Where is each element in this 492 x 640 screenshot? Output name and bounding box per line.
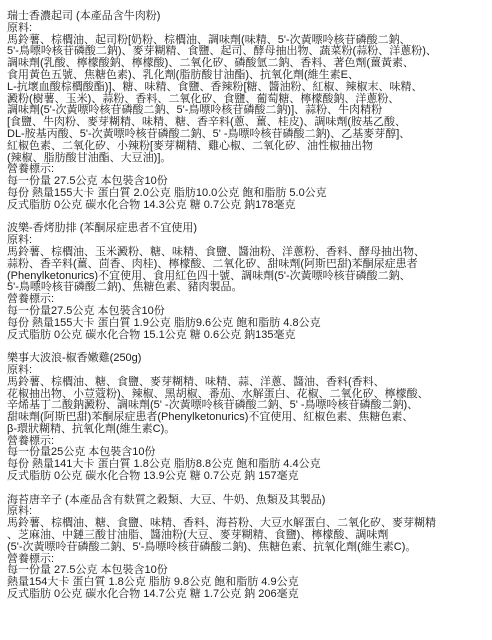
product-title: 波樂-香烤肋排 (苯酮尿症患者不宜使用) bbox=[7, 223, 488, 235]
nutrition-line: 反式脂肪 0公克 碳水化合物 13.9公克 糖 0.7公克 鈉 157毫克 bbox=[7, 471, 488, 483]
product-section-seaweed-togarashi: 海苔唐辛子 (本產品含有麩質之穀類、大豆、牛奶、魚類及其製品) 原料: 馬鈴薯、… bbox=[7, 495, 488, 601]
nutrition-line: 每份 熱量155大卡 蛋白質 1.9公克 脂肪9.6公克 飽和脂肪 4.8公克 bbox=[7, 318, 488, 330]
ingredients-line: DL-胺基丙酸、5'-次黃嘌呤核苷磷酸二鈉、5' -鳥嘌呤核苷磷酸二鈉)、乙基麥… bbox=[7, 129, 488, 141]
product-title: 瑞士香濃起司 (本產品含牛肉粉) bbox=[7, 11, 488, 23]
nutrition-line: 每一份量27.5公克 本包裝含10份 bbox=[7, 306, 488, 318]
nutrition-line: 反式脂肪 0公克 碳水化合物 14.7公克 糖 1.7公克 鈉 206毫克 bbox=[7, 589, 488, 601]
product-title: 海苔唐辛子 (本產品含有麩質之穀類、大豆、牛奶、魚類及其製品) bbox=[7, 495, 488, 507]
ingredients-line: 5'-鳥嘌呤核苷磷酸二鈉)、焦糖色素、豬肉製品。 bbox=[7, 282, 488, 294]
product-section-swiss-cheese: 瑞士香濃起司 (本產品含牛肉粉) 原料: 馬鈴薯、棕櫚油、起司粉[奶粉、棕櫚油、… bbox=[7, 11, 488, 212]
ingredients-line: β-環狀糊精、抗氧化劑(維生素C)。 bbox=[7, 424, 488, 436]
ingredients-line: 紅椒色素、二氧化矽、小辣粉[麥芽糊精、雞心椒、二氧化矽、油性椒抽出物 bbox=[7, 141, 488, 153]
ingredients-line: (5'-次黃嘌呤苷磷酸二鈉、5'-鳥嘌呤核苷磷酸二鈉)、焦糖色素、抗氧化劑(維生… bbox=[7, 542, 488, 554]
ingredients-line: L-抗壞血酸棕櫚酸酯)]、糖、味精、食鹽、香辣粉[糖、醬油粉、紅椒、辣椒末、味精… bbox=[7, 82, 488, 94]
product-section-bbq-ribs: 波樂-香烤肋排 (苯酮尿症患者不宜使用) 原料: 馬鈴薯、棕櫚油、玉米澱粉、糖、… bbox=[7, 223, 488, 341]
ingredients-heading: 原料: bbox=[7, 365, 488, 377]
ingredients-heading: 原料: bbox=[7, 23, 488, 35]
nutrition-line: 反式脂肪 0公克 碳水化合物 15.1公克 糖 0.6公克 鈉135毫克 bbox=[7, 330, 488, 342]
ingredients-line: (辣椒、脂肪酸甘油酯、大豆油)]。 bbox=[7, 153, 488, 165]
product-section-wavy-pepper-chicken: 樂事大波浪-椒香嫩雞(250g) 原料: 馬鈴薯、棕櫚油、糖、食鹽、麥芽糊精、味… bbox=[7, 353, 488, 483]
ingredients-line: 馬鈴薯、棕櫚油、玉米澱粉、糖、味精、食鹽、醬油粉、洋蔥粉、香料、酵母抽出物、 bbox=[7, 247, 488, 259]
ingredients-line: 馬鈴薯、棕櫚油、糖、食鹽、麥芽糊精、味精、蒜、洋蔥、醬油、香料(香料、 bbox=[7, 377, 488, 389]
ingredients-line: 食用黃色五號、焦糖色素)、乳化劑(脂肪酸甘油酯)、抗氧化劑(維生素E、 bbox=[7, 70, 488, 82]
product-title: 樂事大波浪-椒香嫩雞(250g) bbox=[7, 353, 488, 365]
nutrition-line: 反式脂肪 0公克 碳水化合物 14.3公克 糖 0.7公克 鈉178毫克 bbox=[7, 200, 488, 212]
nutrition-line: 每份 熱量155大卡 蛋白質 2.0公克 脂肪10.0公克 飽和脂肪 5.0公克 bbox=[7, 188, 488, 200]
ingredients-line: 蒜粉、香辛料(薑、茴香、肉桂)、檸檬酸、二氧化矽、甜味劑(阿斯巴甜)苯酮尿症患者 bbox=[7, 259, 488, 271]
ingredient-label-document: 瑞士香濃起司 (本產品含牛肉粉) 原料: 馬鈴薯、棕櫚油、起司粉[奶粉、棕櫚油、… bbox=[0, 0, 492, 601]
